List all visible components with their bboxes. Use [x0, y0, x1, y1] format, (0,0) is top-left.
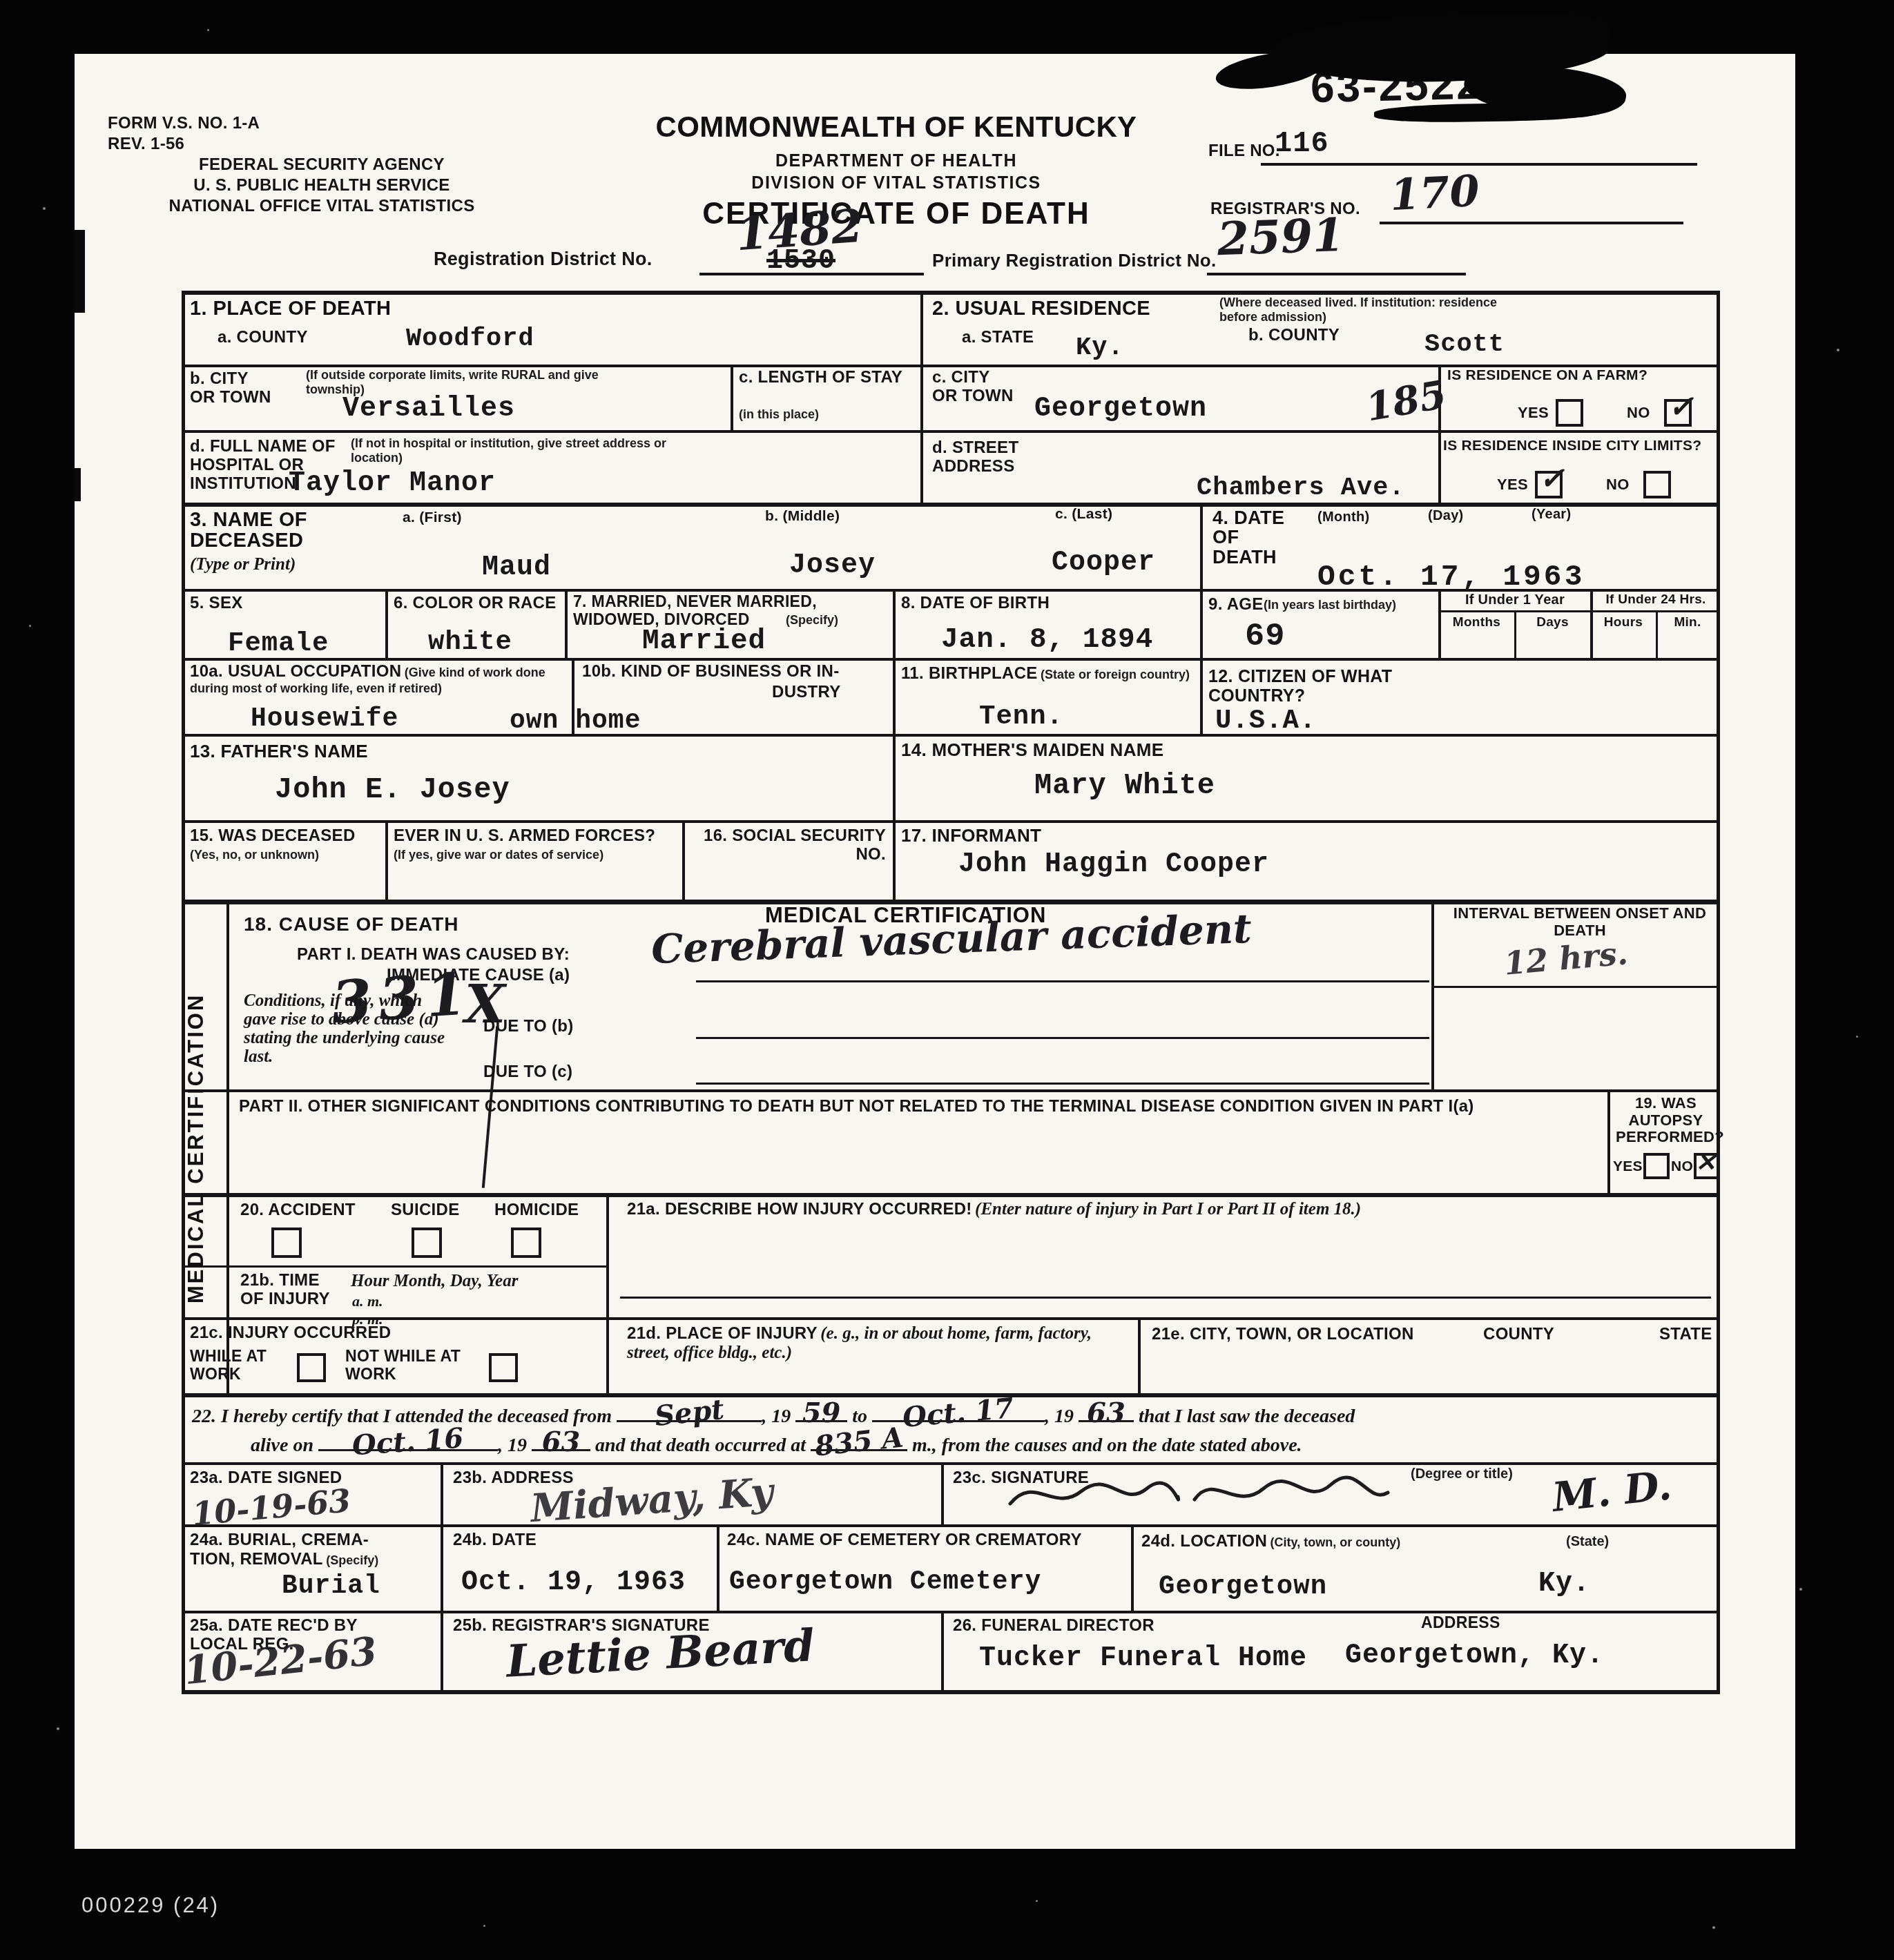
am-label: a. m.	[352, 1292, 383, 1310]
grid-line	[682, 820, 685, 900]
grid-line	[1131, 1524, 1134, 1611]
limits-yes-checkmark: ✓	[1539, 464, 1565, 494]
farm-no-label: NO	[1627, 405, 1650, 422]
medical-certification-side-label: MEDICAL CERTIFICATION	[184, 910, 226, 1386]
scanned-photo: FORM V.S. NO. 1-A REV. 1-56 FEDERAL SECU…	[0, 0, 1894, 1960]
limits-no-checkbox	[1643, 471, 1671, 498]
informant-label: 17. INFORMANT	[901, 826, 1041, 846]
burial-date-value: Oct. 19, 1963	[461, 1567, 686, 1598]
grid-line	[182, 1690, 1720, 1694]
primary-district-label: Primary Registration District No.	[932, 251, 1217, 271]
grid-line	[1200, 658, 1203, 734]
grid-line	[699, 273, 924, 275]
grid-line	[182, 820, 1720, 823]
was-deceased-note: (Yes, no, or unknown)	[190, 848, 319, 862]
hospital-note: (If not in hospital or institution, give…	[351, 436, 710, 465]
grid-line	[893, 820, 896, 900]
residence-state-value: Ky.	[1076, 333, 1124, 362]
attended-to-value: Oct. 17	[902, 1403, 1014, 1424]
alive-year-blank: 63	[532, 1437, 590, 1451]
limits-question: IS RESIDENCE INSIDE CITY LIMITS?	[1443, 438, 1701, 454]
burial-type-label-2-block: TION, REMOVAL (Specify)	[190, 1551, 378, 1569]
time-of-injury-note: Hour Month, Day, Year	[351, 1272, 518, 1291]
middle-name-label: b. (Middle)	[765, 508, 840, 525]
grid-line	[1431, 986, 1720, 988]
interval-value: 12 hrs.	[1502, 934, 1630, 982]
farm-no-checkbox: ✓	[1664, 399, 1692, 427]
age-label: 9. AGE	[1208, 596, 1264, 614]
white-speck	[1837, 349, 1839, 351]
hours-label: Hours	[1592, 615, 1654, 630]
time-of-injury-label: 21b. TIME OF INJURY	[240, 1272, 344, 1309]
sex-label: 5. SEX	[190, 594, 243, 613]
death-time-blank: 835 A	[811, 1437, 907, 1451]
certify-year-prefix-3: , 19	[498, 1435, 527, 1456]
mother-value: Mary White	[1034, 769, 1215, 802]
limits-yes-label: YES	[1497, 476, 1528, 494]
race-label: 6. COLOR OR RACE	[394, 594, 566, 613]
grid-line	[1200, 589, 1203, 658]
certify-text-4: and that death occurred at	[595, 1435, 806, 1456]
grid-line	[182, 1317, 1720, 1320]
attended-from-value: Sept	[654, 1404, 724, 1422]
funeral-director-label: 26. FUNERAL DIRECTOR	[953, 1617, 1154, 1636]
homicide-checkbox	[511, 1228, 541, 1258]
injury-state-label: STATE	[1659, 1326, 1712, 1344]
age-value: 69	[1245, 619, 1285, 655]
department-line: DEPARTMENT OF HEALTH	[599, 151, 1193, 171]
attended-from-blank: Sept	[617, 1408, 762, 1422]
street-label: d. STREET ADDRESS	[932, 439, 1043, 476]
cause-of-death-label: 18. CAUSE OF DEATH	[244, 913, 459, 935]
grid-line	[731, 365, 733, 430]
autopsy-yes-checkbox	[1643, 1153, 1670, 1179]
describe-injury-block: 21a. DESCRIBE HOW INJURY OCCURRED! (Ente…	[627, 1200, 1704, 1219]
farm-no-checkmark: ✓	[1668, 392, 1694, 423]
limits-no-label: NO	[1606, 476, 1630, 494]
limits-yes-checkbox: ✓	[1535, 471, 1563, 498]
burial-type-label-2: TION, REMOVAL	[190, 1550, 323, 1569]
form-revision: REV. 1-56	[108, 134, 536, 155]
grid-line	[696, 1037, 1429, 1039]
grid-line	[182, 1089, 1720, 1092]
business-label-1: 10b. KIND OF BUSINESS OR IN-	[582, 663, 886, 681]
residence-city-value: Georgetown	[1034, 394, 1207, 425]
residence-title: 2. USUAL RESIDENCE	[932, 298, 1150, 319]
white-speck	[57, 1727, 59, 1730]
commonwealth-title: COMMONWEALTH OF KENTUCKY	[599, 112, 1193, 142]
grid-line	[182, 1193, 1720, 1197]
armed-forces-label: EVER IN U. S. ARMED FORCES?	[394, 827, 677, 846]
to-year-value: 63	[1087, 1408, 1125, 1419]
grid-line	[606, 1317, 609, 1393]
homicide-label: HOMICIDE	[494, 1201, 579, 1220]
form-number: FORM V.S. NO. 1-A	[108, 113, 536, 134]
interval-label: INTERVAL BETWEEN ONSET AND DEATH	[1452, 905, 1708, 939]
deceased-type-note: (Type or Print)	[190, 555, 296, 574]
injury-occurred-label: 21c. INJURY OCCURRED	[190, 1324, 391, 1343]
certificate-page: FORM V.S. NO. 1-A REV. 1-56 FEDERAL SECU…	[75, 54, 1795, 1849]
death-year-label: (Year)	[1531, 507, 1571, 522]
grid-line	[1207, 273, 1466, 275]
grid-line	[441, 1524, 443, 1611]
grid-line	[941, 1462, 944, 1524]
birthplace-label: 11. BIRTHPLACE	[901, 664, 1038, 683]
white-speck	[1036, 1900, 1038, 1902]
dob-value: Jan. 8, 1894	[941, 624, 1153, 656]
immediate-cause-value: Cerebral vascular accident	[650, 905, 1253, 973]
city-label: b. CITY OR TOWN	[190, 370, 276, 407]
white-speck	[43, 207, 46, 210]
grid-line	[1200, 503, 1203, 589]
first-name-value: Maud	[482, 552, 551, 583]
days-label: Days	[1516, 615, 1589, 630]
autopsy-no-x-mark: ✕	[1695, 1150, 1716, 1175]
business-value: own home	[510, 706, 641, 736]
street-value: Chambers Ave.	[1197, 474, 1405, 503]
residence-note: (Where deceased lived. If institution: r…	[1219, 295, 1523, 324]
vital-stats-line: NATIONAL OFFICE VITAL STATISTICS	[108, 196, 536, 217]
scan-edge-mark	[75, 468, 81, 501]
dob-label: 8. DATE OF BIRTH	[901, 594, 1050, 613]
grid-line	[920, 291, 923, 503]
suicide-label: SUICIDE	[391, 1201, 459, 1220]
film-frame-number: 000229 (24)	[81, 1893, 220, 1918]
certify-year-prefix-2: , 19	[1045, 1406, 1074, 1427]
grid-line	[441, 1611, 443, 1690]
funeral-director-value: Tucker Funeral Home	[979, 1643, 1307, 1674]
burial-type-label-1: 24a. BURIAL, CREMA-	[190, 1531, 369, 1550]
place-of-injury-block: 21d. PLACE OF INJURY (e. g., in or about…	[627, 1324, 1124, 1363]
farm-yes-label: YES	[1518, 405, 1549, 422]
white-speck	[1856, 1036, 1858, 1038]
grid-line	[182, 1524, 1720, 1527]
suicide-checkbox	[412, 1228, 442, 1258]
farm-question: IS RESIDENCE ON A FARM?	[1447, 367, 1647, 384]
was-deceased-label: 15. WAS DECEASED	[190, 827, 356, 846]
grid-line	[717, 1524, 719, 1611]
death-date-value: Oct. 17, 1963	[1317, 560, 1585, 594]
certify-text-2: that I last saw the deceased	[1139, 1406, 1355, 1427]
to-year-blank: 63	[1079, 1408, 1134, 1422]
grid-line	[182, 291, 1720, 295]
grid-line	[385, 820, 388, 900]
certify-number: 22.	[192, 1406, 216, 1427]
from-year-value: 59	[802, 1408, 841, 1419]
certify-year-prefix-1: , 19	[762, 1406, 791, 1427]
autopsy-no-checkbox: ✕	[1694, 1153, 1720, 1179]
certify-to-word: to	[852, 1406, 867, 1427]
conditions-note: Conditions, if any, which gave rise to a…	[244, 991, 458, 1066]
file-no-label: FILE NO.	[1208, 142, 1280, 161]
birthplace-value: Tenn.	[979, 701, 1063, 732]
alive-on-value: Oct. 16	[352, 1433, 464, 1451]
describe-injury-note: (Enter nature of injury in Part I or Par…	[975, 1200, 1361, 1219]
phs-line: U. S. PUBLIC HEALTH SERVICE	[108, 175, 536, 196]
part2-label: PART II. OTHER SIGNIFICANT CONDITIONS CO…	[239, 1098, 1620, 1116]
grid-line	[1717, 291, 1720, 1694]
white-speck	[207, 29, 209, 31]
degree-value: M. D.	[1550, 1462, 1674, 1521]
white-speck	[1799, 1588, 1802, 1591]
middle-name-value: Josey	[789, 550, 876, 581]
citizen-label: 12. CITIZEN OF WHAT COUNTRY?	[1208, 667, 1422, 706]
occupation-label: 10a. USUAL OCCUPATION	[190, 662, 401, 681]
certify-text-1: I hereby certify that I attended the dec…	[221, 1406, 612, 1427]
ssn-label: 16. SOCIAL SECURITY NO.	[693, 827, 886, 864]
death-month-label: (Month)	[1317, 510, 1369, 525]
form-id-block: FORM V.S. NO. 1-A REV. 1-56 FEDERAL SECU…	[108, 113, 536, 217]
primary-district-value: 2591	[1217, 208, 1345, 266]
city-value: Versailles	[342, 394, 515, 425]
county-value: Woodford	[406, 324, 534, 353]
burial-type-value: Burial	[282, 1571, 380, 1601]
length-of-stay-label: c. LENGTH OF STAY	[739, 369, 911, 387]
grid-line	[385, 589, 388, 658]
burial-state-note: (State)	[1566, 1534, 1609, 1550]
from-year-blank: 59	[795, 1408, 847, 1422]
degree-note: (Degree or title)	[1411, 1466, 1513, 1482]
burial-location-value: Georgetown	[1159, 1571, 1327, 1602]
alive-on-blank: Oct. 16	[318, 1437, 498, 1451]
first-name-label: a. (First)	[403, 510, 462, 526]
grid-line	[182, 503, 1720, 507]
farm-scribble: 185	[1362, 371, 1450, 430]
mother-label: 14. MOTHER'S MAIDEN NAME	[901, 740, 1163, 760]
occupation-label-block: 10a. USUAL OCCUPATION (Give kind of work…	[190, 663, 549, 696]
under-24-hrs-label: If Under 24 Hrs.	[1594, 592, 1718, 607]
cemetery-value: Georgetown Cemetery	[729, 1567, 1041, 1597]
grid-line	[226, 900, 229, 1393]
white-speck	[483, 1925, 485, 1927]
division-line: DIVISION OF VITAL STATISTICS	[599, 173, 1193, 193]
birthplace-note: (State or foreign country)	[1041, 668, 1190, 681]
under-1-year-label: If Under 1 Year	[1442, 592, 1588, 608]
while-at-work-label: WHILE AT WORK	[190, 1348, 297, 1384]
certificate-title: CERTIFICATE OF DEATH	[599, 198, 1193, 230]
burial-date-label: 24b. DATE	[453, 1531, 537, 1550]
grid-line	[182, 1265, 606, 1268]
occupation-value: Housewife	[251, 704, 398, 734]
citizen-value: U.S.A.	[1215, 706, 1316, 736]
accident-checkbox	[271, 1228, 302, 1258]
county-label: a. COUNTY	[218, 329, 308, 347]
armed-forces-note: (If yes, give war or dates of service)	[394, 848, 677, 862]
certify-text-5: m., from the causes and on the date stat…	[912, 1435, 1302, 1456]
grid-line	[1380, 222, 1683, 224]
burial-state-value: Ky.	[1538, 1569, 1590, 1600]
grid-line	[893, 589, 896, 658]
grid-line	[1438, 610, 1720, 612]
file-no-value: 116	[1275, 127, 1329, 160]
scan-edge-mark	[75, 230, 85, 313]
physician-signature-scribble	[1007, 1471, 1393, 1519]
age-note: (In years last birthday)	[1264, 598, 1402, 612]
describe-injury-label: 21a. DESCRIBE HOW INJURY OCCURRED!	[627, 1200, 972, 1219]
funeral-address-label: ADDRESS	[1421, 1614, 1500, 1632]
death-time-value: 835 A	[814, 1432, 903, 1452]
white-speck	[1712, 1926, 1715, 1929]
business-label-2: DUSTRY	[772, 683, 841, 702]
residence-county-value: Scott	[1424, 330, 1505, 359]
autopsy-yes-label: YES	[1613, 1158, 1643, 1175]
not-while-at-work-checkbox	[489, 1353, 518, 1382]
burial-location-note: (City, town, or county)	[1270, 1535, 1401, 1549]
grid-line	[182, 734, 1720, 737]
last-name-label: c. (Last)	[1055, 506, 1112, 523]
grid-line	[1431, 900, 1434, 1089]
residence-county-label: b. COUNTY	[1248, 327, 1340, 345]
funeral-address-value: Georgetown, Ky.	[1345, 1640, 1604, 1671]
cemetery-label: 24c. NAME OF CEMETERY OR CREMATORY	[727, 1531, 1128, 1550]
grid-line	[606, 1193, 609, 1317]
grid-line	[182, 430, 1720, 433]
grid-line	[182, 658, 1720, 661]
due-to-c-label: DUE TO (c)	[483, 1063, 572, 1082]
burial-location-label: 24d. LOCATION	[1141, 1532, 1267, 1551]
hospital-value: Taylor Manor	[289, 468, 496, 499]
marital-note: (Specify)	[786, 613, 838, 628]
months-label: Months	[1440, 615, 1513, 630]
race-value: white	[428, 627, 512, 657]
not-while-at-work-label: NOT WHILE AT WORK	[345, 1348, 470, 1384]
accident-label: 20. ACCIDENT	[240, 1201, 356, 1220]
injury-county-label: COUNTY	[1483, 1326, 1554, 1344]
grid-line	[1138, 1317, 1141, 1393]
grid-line	[696, 1083, 1429, 1085]
minutes-label: Min.	[1657, 615, 1718, 630]
marital-value: Married	[642, 625, 766, 657]
birthplace-label-block: 11. BIRTHPLACE (State or foreign country…	[901, 665, 1198, 683]
alive-year-value: 63	[542, 1437, 581, 1448]
grid-line	[893, 658, 896, 734]
residence-city-label: c. CITY OR TOWN	[932, 369, 1018, 406]
place-of-injury-label: 21d. PLACE OF INJURY	[627, 1324, 818, 1343]
sex-value: Female	[228, 628, 329, 659]
injury-location-label: 21e. CITY, TOWN, OR LOCATION	[1152, 1326, 1414, 1344]
agency-line: FEDERAL SECURITY AGENCY	[108, 155, 536, 175]
farm-yes-checkbox	[1556, 399, 1583, 427]
grid-line	[620, 1297, 1711, 1299]
city-note: (If outside corporate limits, write RURA…	[306, 368, 617, 396]
while-at-work-checkbox	[297, 1353, 326, 1382]
due-to-b-label: DUE TO (b)	[483, 1018, 574, 1036]
autopsy-label: 19. WAS AUTOPSY PERFORMED?	[1616, 1095, 1716, 1146]
burial-type-note: (Specify)	[326, 1553, 378, 1567]
length-of-stay-note: (in this place)	[739, 407, 911, 422]
death-day-label: (Day)	[1428, 508, 1464, 523]
grid-line	[893, 734, 896, 820]
certify-text-3: alive on	[251, 1435, 313, 1456]
grid-line	[182, 1462, 1720, 1465]
burial-location-label-block: 24d. LOCATION (City, town, or county)	[1141, 1533, 1400, 1551]
deceased-title: 3. NAME OF DECEASED	[190, 510, 335, 552]
autopsy-no-label: NO	[1671, 1158, 1693, 1175]
white-speck	[29, 625, 31, 627]
father-value: John E. Josey	[275, 773, 510, 806]
attended-to-blank: Oct. 17	[872, 1408, 1045, 1422]
father-label: 13. FATHER'S NAME	[190, 741, 368, 761]
grid-line	[441, 1462, 443, 1524]
registrar-no-value: 170	[1389, 166, 1480, 221]
informant-value: John Haggin Cooper	[958, 849, 1269, 880]
grid-line	[941, 1611, 944, 1690]
place-of-death-title: 1. PLACE OF DEATH	[190, 298, 391, 319]
certify-line-2: alive on Oct. 16, 19 63 and that death o…	[251, 1435, 1714, 1457]
residence-state-label: a. STATE	[962, 329, 1034, 347]
grid-line	[1261, 163, 1697, 166]
last-name-value: Cooper	[1052, 547, 1155, 579]
death-date-title: 4. DATE OF DEATH	[1212, 508, 1302, 567]
grid-line	[696, 980, 1429, 982]
district-label: Registration District No.	[434, 249, 653, 269]
